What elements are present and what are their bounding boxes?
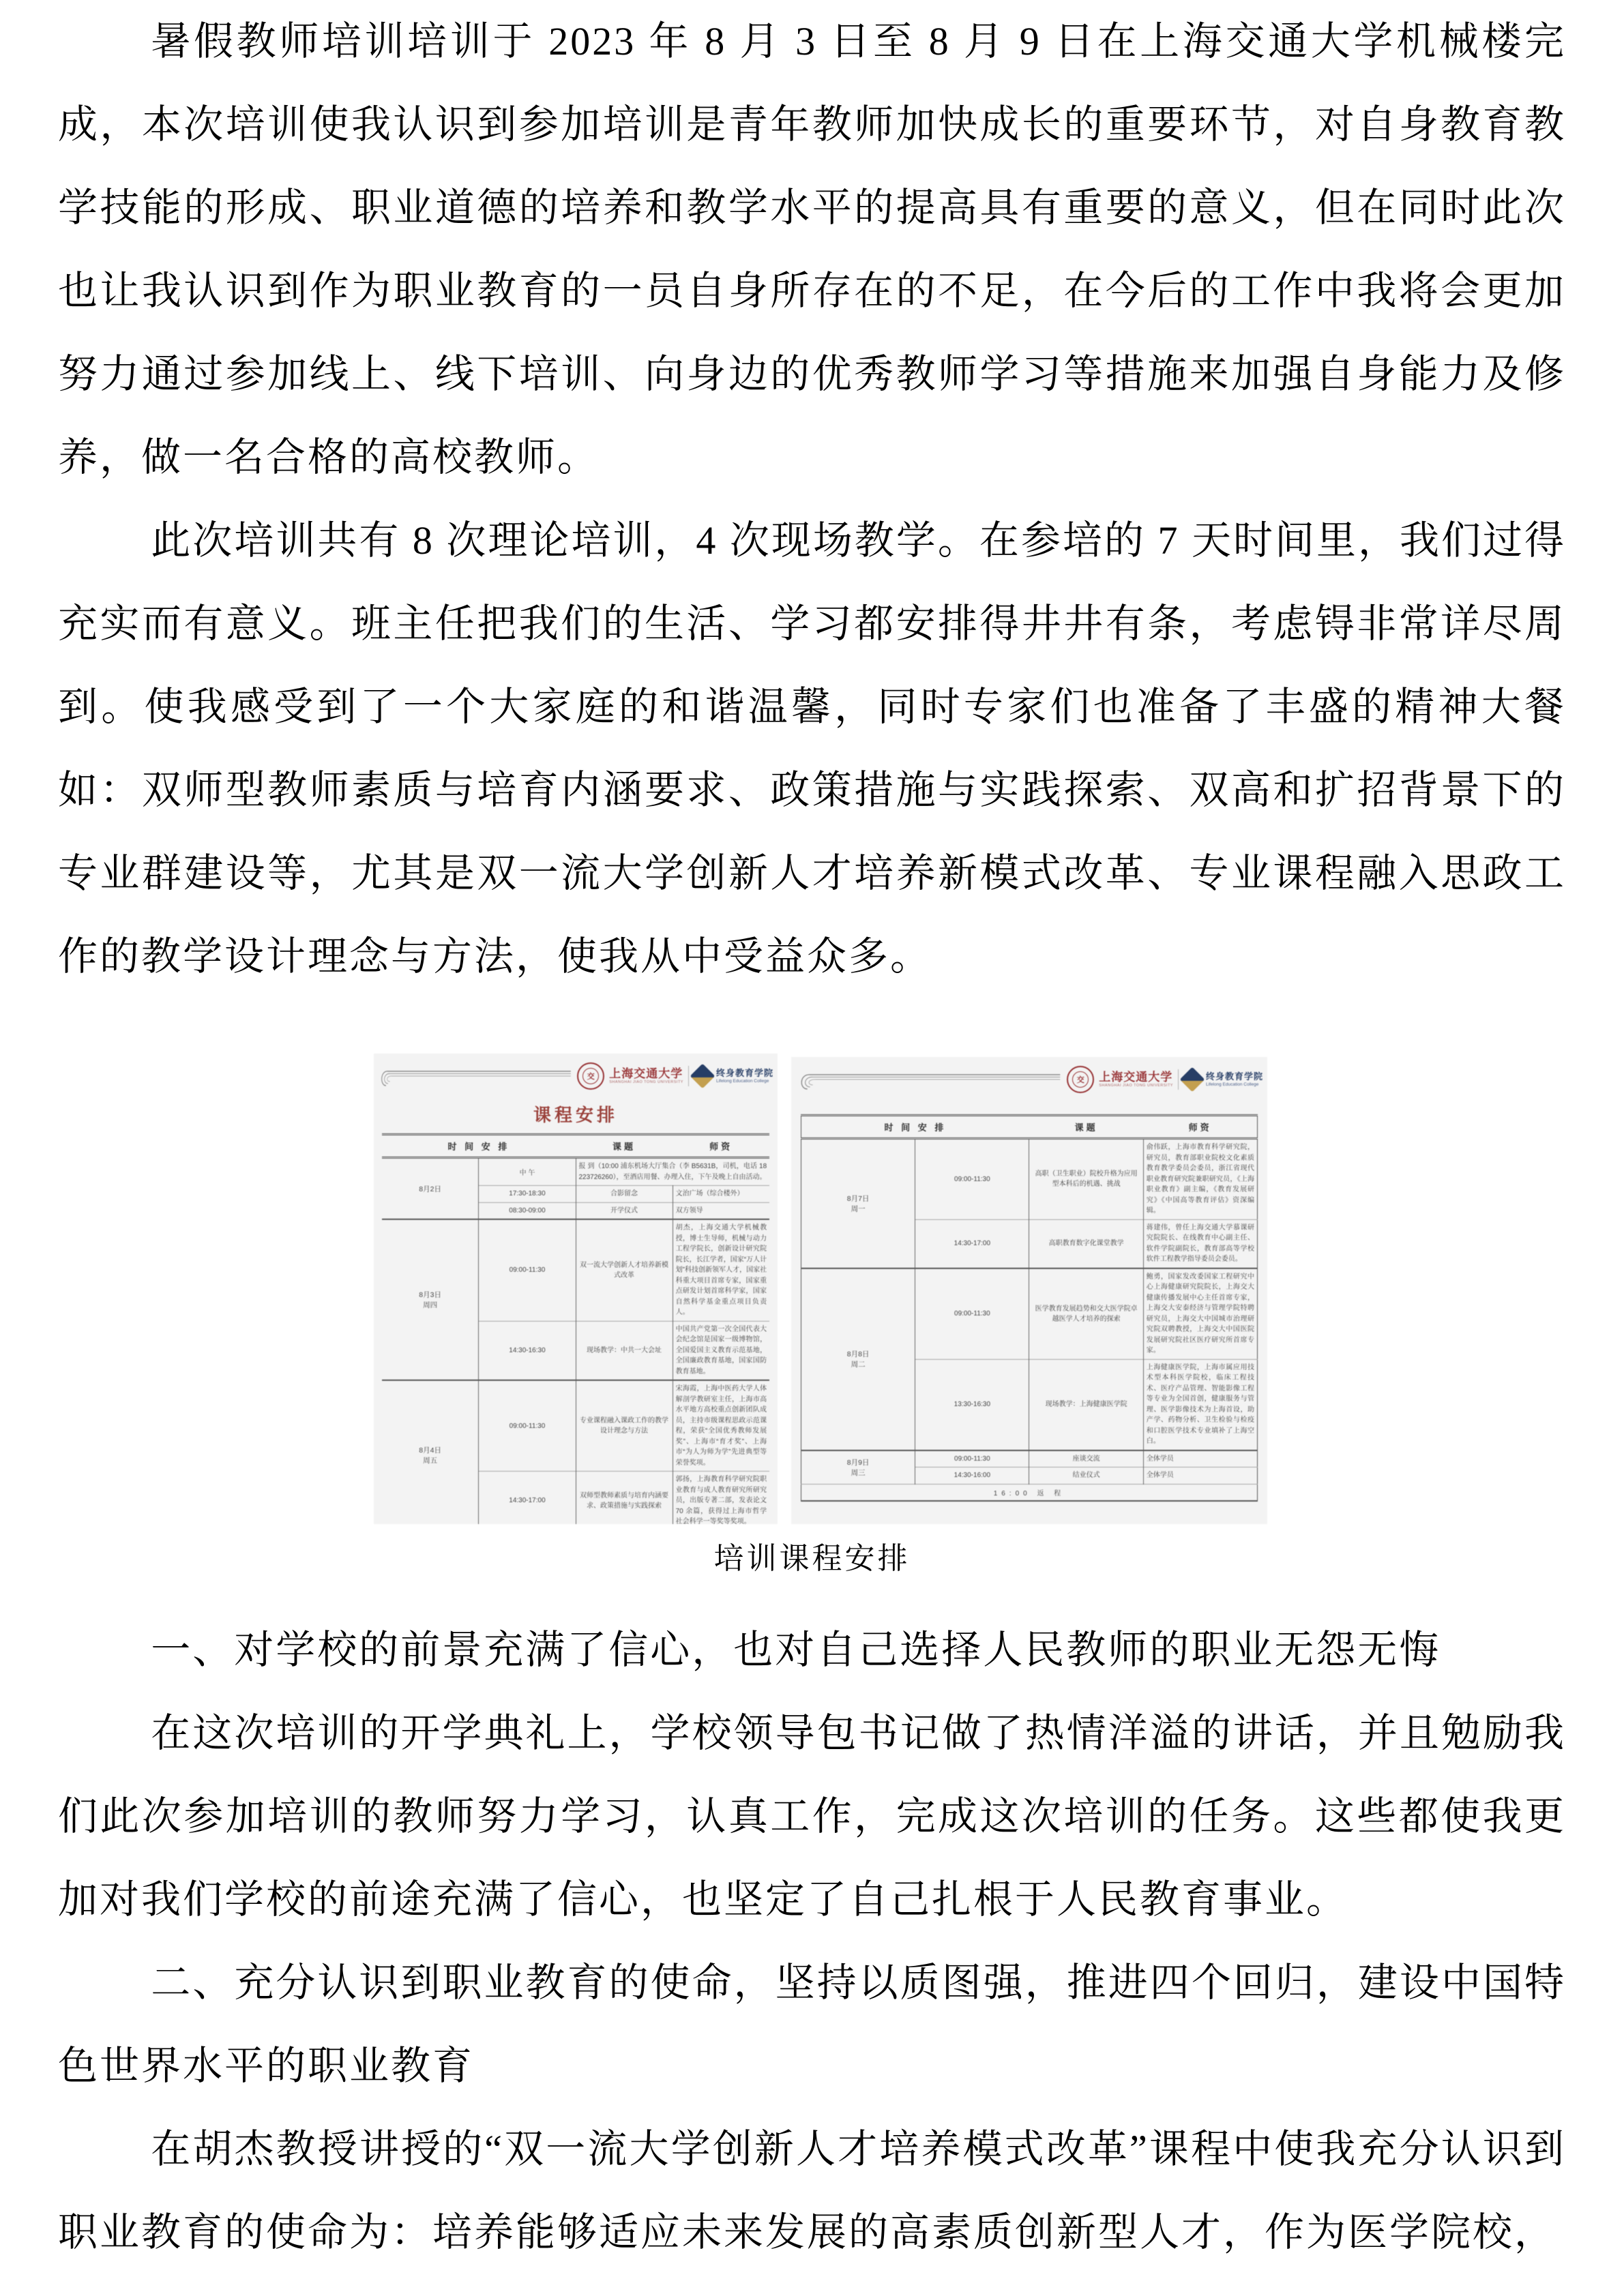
schedule-row: 8月3日周四09:00-11:30双一流大学创新人才培养新模式改革胡杰，上海交通… xyxy=(382,1219,769,1321)
brand-logos: 交 上海交通大学 SHANGHAI JIAO TONG UNIVERSITY 终… xyxy=(577,1062,773,1090)
college-name: 终身教育学院 xyxy=(716,1069,773,1079)
college-subtitle: Lifelong Education College xyxy=(1206,1082,1263,1087)
lifelong-college-icon xyxy=(1180,1067,1205,1092)
schedule-date-cell: 8月7日周一 xyxy=(801,1139,915,1268)
paragraph-intro: 暑假教师培训培训于 2023 年 8 月 3 日至 8 月 9 日在上海交通大学… xyxy=(58,0,1566,499)
brand-logos: 交 上海交通大学 SHANGHAI JIAO TONG UNIVERSITY 终… xyxy=(1067,1066,1263,1093)
brand-divider xyxy=(1178,1069,1179,1090)
schedule-topic-cell: 双一流大学创新人才培养新模式改革 xyxy=(576,1219,673,1321)
university-name: 上海交通大学 xyxy=(609,1068,683,1079)
university-name: 上海交通大学 xyxy=(1099,1071,1173,1083)
schedule-topic-cell: 结业仪式 xyxy=(1029,1467,1143,1485)
document-page: 暑假教师培训培训于 2023 年 8 月 3 日至 8 月 9 日在上海交通大学… xyxy=(0,0,1624,2296)
schedule-time-cell: 中 午 xyxy=(479,1158,576,1186)
schedule-column-header: 时 间 安 排 xyxy=(801,1116,1029,1139)
schedule-date-cell: 8月4日周五 xyxy=(382,1380,479,1524)
scan-header: 交 上海交通大学 SHANGHAI JIAO TONG UNIVERSITY 终… xyxy=(374,1054,778,1096)
schedule-topic-cell: 开学仪式 xyxy=(576,1202,673,1219)
university-subtitle: SHANGHAI JIAO TONG UNIVERSITY xyxy=(609,1081,683,1085)
schedule-date-cell: 8月2日 xyxy=(382,1158,479,1220)
schedule-date-cell: 8月3日周四 xyxy=(382,1219,479,1380)
schedule-table: 时 间 安 排课题师资8月2日中 午报 到（10:00 浦东机场大厅集合（李 B… xyxy=(382,1133,769,1524)
schedule-scan-right: 交 上海交通大学 SHANGHAI JIAO TONG UNIVERSITY 终… xyxy=(791,1057,1267,1524)
schedule-time-cell: 14:30-17:00 xyxy=(479,1472,576,1525)
schedule-time-cell: 09:00-11:30 xyxy=(479,1380,576,1472)
schedule-row: 8月9日周三09:00-11:30座谈交流全体学员 xyxy=(801,1450,1257,1467)
schedule-faculty-cell: 蒋建伟，曾任上海交通大学慕课研究院院长、在线教育中心副主任、软件学院副院长，教育… xyxy=(1143,1219,1257,1268)
schedule-time-cell: 09:00-11:30 xyxy=(915,1268,1029,1360)
figure-area: 交 上海交通大学 SHANGHAI JIAO TONG UNIVERSITY 终… xyxy=(58,998,1566,1609)
schedule-faculty-cell: 俞伟跃，上海市教育科学研究院，研究员，教育部职业院校文化素质教育教学委员会委员，… xyxy=(1143,1139,1257,1220)
schedule-topic-cell: 专业课程融入课政工作的教学设计理念与方法 xyxy=(576,1380,673,1472)
schedule-date-cell: 8月9日周三 xyxy=(801,1450,915,1485)
schedule-time-cell: 14:30-17:00 xyxy=(915,1219,1029,1268)
sjtu-seal-icon: 交 xyxy=(1067,1066,1094,1093)
schedule-title: 课程安排 xyxy=(374,1101,778,1127)
schedule-time-cell: 09:00-11:30 xyxy=(479,1219,576,1321)
schedule-time-cell: 09:00-11:30 xyxy=(915,1139,1029,1220)
college-name: 终身教育学院 xyxy=(1206,1072,1263,1082)
schedule-faculty-cell: 双方领导 xyxy=(673,1202,769,1219)
schedule-topic-cell: 合影留念 xyxy=(576,1186,673,1203)
schedule-topic-cell: 医学教育发展趋势和交大医学院卓越医学人才培养的探索 xyxy=(1029,1268,1143,1360)
schedule-scan-left: 交 上海交通大学 SHANGHAI JIAO TONG UNIVERSITY 终… xyxy=(374,1054,778,1524)
lifelong-college-icon xyxy=(690,1064,715,1089)
schedule-topic-cell: 座谈交流 xyxy=(1029,1450,1143,1467)
scan-header: 交 上海交通大学 SHANGHAI JIAO TONG UNIVERSITY 终… xyxy=(791,1057,1267,1099)
schedule-time-cell: 14:30-16:30 xyxy=(479,1321,576,1380)
schedule-date-cell: 8月8日周二 xyxy=(801,1268,915,1450)
schedule-faculty-cell: 宋海霞，上海中医药大学人体解剖学教研室主任，上海市高水平地方高校重点创新团队成员… xyxy=(673,1380,769,1472)
schedule-time-cell: 13:30-16:30 xyxy=(915,1359,1029,1450)
schedule-topic-cell: 高职教育数字化课堂教学 xyxy=(1029,1219,1143,1268)
schedule-faculty-cell: 全体学员 xyxy=(1143,1450,1257,1467)
heading-section-1: 一、对学校的前景充满了信心，也对自己选择人民教师的职业无怨无悔 xyxy=(58,1609,1566,1692)
schedule-topic-cell: 双师型教师素质与培育内涵要求、政策措施与实践探索 xyxy=(576,1472,673,1525)
paragraph-section-1: 在这次培训的开学典礼上，学校领导包书记做了热情洋溢的讲话，并且勉励我们此次参加培… xyxy=(58,1692,1566,1941)
schedule-row: 8月4日周五09:00-11:30专业课程融入课政工作的教学设计理念与方法宋海霞… xyxy=(382,1380,769,1472)
schedule-footer-cell: 16:00 返 程 xyxy=(801,1484,1257,1501)
decor-swoosh-icon xyxy=(375,1062,572,1090)
schedule-column-header: 师资 xyxy=(1143,1116,1257,1139)
schedule-faculty-cell: 全体学员 xyxy=(1143,1467,1257,1485)
schedule-column-header: 时 间 安 排 xyxy=(382,1135,576,1158)
schedule-faculty-cell: 上海健康医学院，上海市属应用技术型本科医学院校，临床工程技术、医疗产品管理、智能… xyxy=(1143,1359,1257,1450)
schedule-topic-cell: 现场教学：上海健康医学院 xyxy=(1029,1359,1143,1450)
schedule-table-left: 时 间 安 排课题师资8月2日中 午报 到（10:00 浦东机场大厅集合（李 B… xyxy=(374,1133,778,1524)
schedule-topic-cell: 高职（卫生职业）院校升格为应用型本科后的机遇、挑战 xyxy=(1029,1139,1143,1220)
schedule-table: 时 间 安 排课题师资8月7日周一09:00-11:30高职（卫生职业）院校升格… xyxy=(801,1114,1258,1502)
college-subtitle: Lifelong Education College xyxy=(716,1079,773,1084)
schedule-column-header: 课题 xyxy=(576,1135,673,1158)
schedule-table-right: 时 间 安 排课题师资8月7日周一09:00-11:30高职（卫生职业）院校升格… xyxy=(791,1114,1267,1502)
schedule-faculty-cell: 鲍勇，国家发改委国家工程研究中心上海健康研究院院长，上海交大健康传播发展中心主任… xyxy=(1143,1268,1257,1360)
schedule-row: 8月2日中 午报 到（10:00 浦东机场大厅集合（李 B5631B，司机，电话… xyxy=(382,1158,769,1186)
schedule-time-cell: 17:30-18:30 xyxy=(479,1186,576,1203)
schedule-column-header: 师资 xyxy=(673,1135,769,1158)
sjtu-seal-icon: 交 xyxy=(577,1062,604,1090)
decor-swoosh-icon xyxy=(793,1066,1061,1093)
schedule-time-cell: 08:30-09:00 xyxy=(479,1202,576,1219)
schedule-topic-cell: 现场教学：中共一大会址 xyxy=(576,1321,673,1380)
schedule-row: 8月8日周二09:00-11:30医学教育发展趋势和交大医学院卓越医学人才培养的… xyxy=(801,1268,1257,1360)
schedule-faculty-cell: 郭扬，上海教育科学研究院职业教育与成人教育研究所研究员，出版专著二部，发表论文 … xyxy=(673,1472,769,1525)
paragraph-overview: 此次培训共有 8 次理论培训，4 次现场教学。在参培的 7 天时间里，我们过得充… xyxy=(58,499,1566,998)
heading-section-2: 二、充分认识到职业教育的使命，坚持以质图强，推进四个回归，建设中国特色世界水平的… xyxy=(58,1941,1566,2108)
paragraph-section-2: 在胡杰教授讲授的“双一流大学创新人才培养模式改革”课程中使我充分认识到职业教育的… xyxy=(58,2108,1566,2274)
schedule-time-cell: 14:30-16:00 xyxy=(915,1467,1029,1485)
brand-divider xyxy=(688,1066,689,1086)
schedule-time-cell: 09:00-11:30 xyxy=(915,1450,1029,1467)
schedule-faculty-cell: 胡杰，上海交通大学机械教授，博士生导师，机械与动力工程学院长，创新设计研究院院长… xyxy=(673,1219,769,1321)
schedule-faculty-cell: 中国共产党第一次全国代表大会纪念馆是国家一级博物馆，全国爱国主义教育示范基地，全… xyxy=(673,1321,769,1380)
schedule-column-header: 课题 xyxy=(1029,1116,1143,1139)
document-body: 暑假教师培训培训于 2023 年 8 月 3 日至 8 月 9 日在上海交通大学… xyxy=(58,0,1566,2274)
schedule-faculty-cell: 文治广场（综合楼外） xyxy=(673,1186,769,1203)
schedule-note-cell: 报 到（10:00 浦东机场大厅集合（李 B5631B，司机，电话 182237… xyxy=(576,1158,769,1186)
schedule-row: 8月7日周一09:00-11:30高职（卫生职业）院校升格为应用型本科后的机遇、… xyxy=(801,1139,1257,1220)
university-subtitle: SHANGHAI JIAO TONG UNIVERSITY xyxy=(1099,1084,1173,1088)
figure-caption: 培训课程安排 xyxy=(58,1534,1566,1577)
